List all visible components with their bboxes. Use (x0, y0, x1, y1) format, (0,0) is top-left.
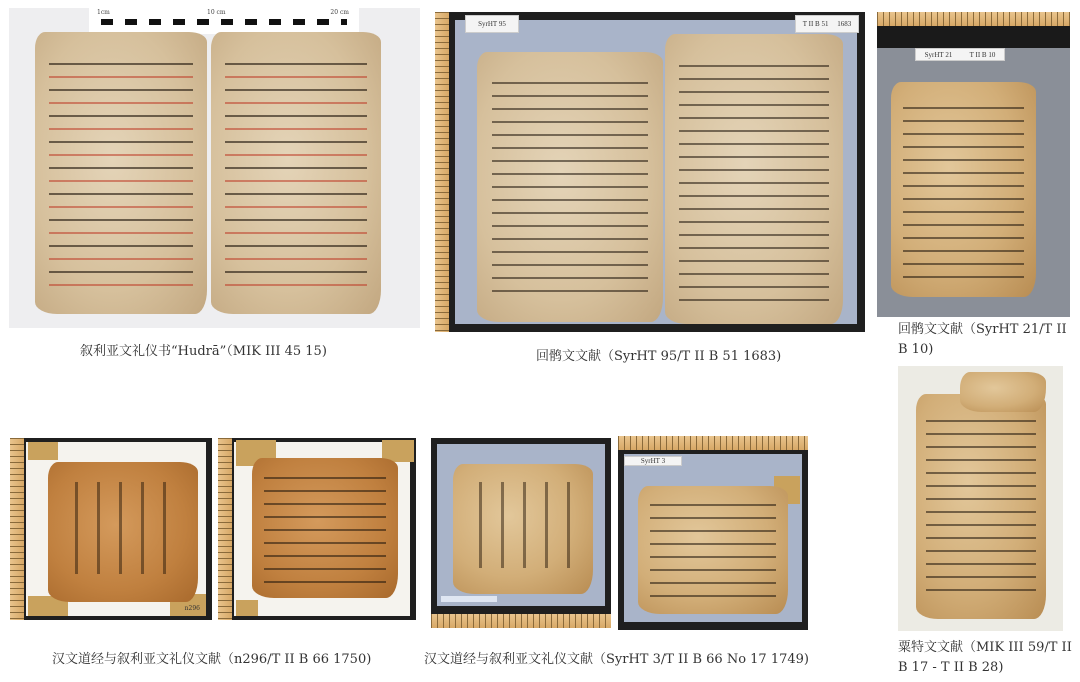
tag-syrht-3: SyrHT 3 (624, 456, 682, 466)
photo-hudra-manuscript: 1cm 10 cm 20 cm (9, 8, 420, 328)
photo-syrht-95: SyrHT 95 T II B 51 1683 (435, 12, 865, 332)
photo-syrht-3-chinese (431, 438, 611, 628)
tag-syrht-95: SyrHT 95 (465, 15, 519, 33)
photo-syrht-3-syriac: SyrHT 3 (618, 436, 808, 630)
tag-syrht-21: SyrHT 21 T II B 10 (915, 48, 1005, 61)
syriac-fragment (638, 486, 788, 614)
chinese-fragment (453, 464, 593, 594)
scale-label-right: 20 cm (330, 9, 349, 16)
caption-syrht-3: 汉文道经与叙利亚文礼仪文献（SyrHT 3/T II B 66 No 17 17… (424, 650, 809, 670)
tag-t-ii-b-51: T II B 51 1683 (795, 15, 859, 33)
left-leaf (477, 52, 663, 322)
scale-label-left: 1cm (97, 9, 110, 16)
photo-n296-chinese: n296 (10, 438, 212, 620)
right-page (211, 32, 381, 314)
caption-mik-iii-59: 粟特文文献（MIK III 59/T II B 17 - T II B 28) (898, 638, 1073, 678)
caption-syrht-21: 回鹘文文献（SyrHT 21/T II B 10) (898, 320, 1070, 360)
fragment (891, 82, 1036, 297)
fragment (916, 394, 1046, 619)
tag-n296: n296 (185, 605, 200, 612)
scale-bar: 1cm 10 cm 20 cm (89, 8, 359, 34)
syriac-fragment (252, 458, 398, 598)
photo-n296-syriac (218, 438, 416, 620)
scale-label-mid: 10 cm (207, 9, 226, 16)
left-page (35, 32, 207, 314)
chinese-fragment (48, 462, 198, 602)
photo-mik-iii-59 (898, 366, 1063, 631)
caption-n296: 汉文道经与叙利亚文礼仪文献（n296/T II B 66 1750) (52, 650, 371, 670)
caption-hudra: 叙利亚文礼仪书“Hudrā”（MIK III 45 15) (80, 342, 327, 362)
photo-syrht-21: SyrHT 21 T II B 10 (877, 12, 1070, 317)
right-leaf (665, 34, 843, 324)
caption-syrht-95: 回鹘文文献（SyrHT 95/T II B 51 1683) (536, 347, 781, 367)
